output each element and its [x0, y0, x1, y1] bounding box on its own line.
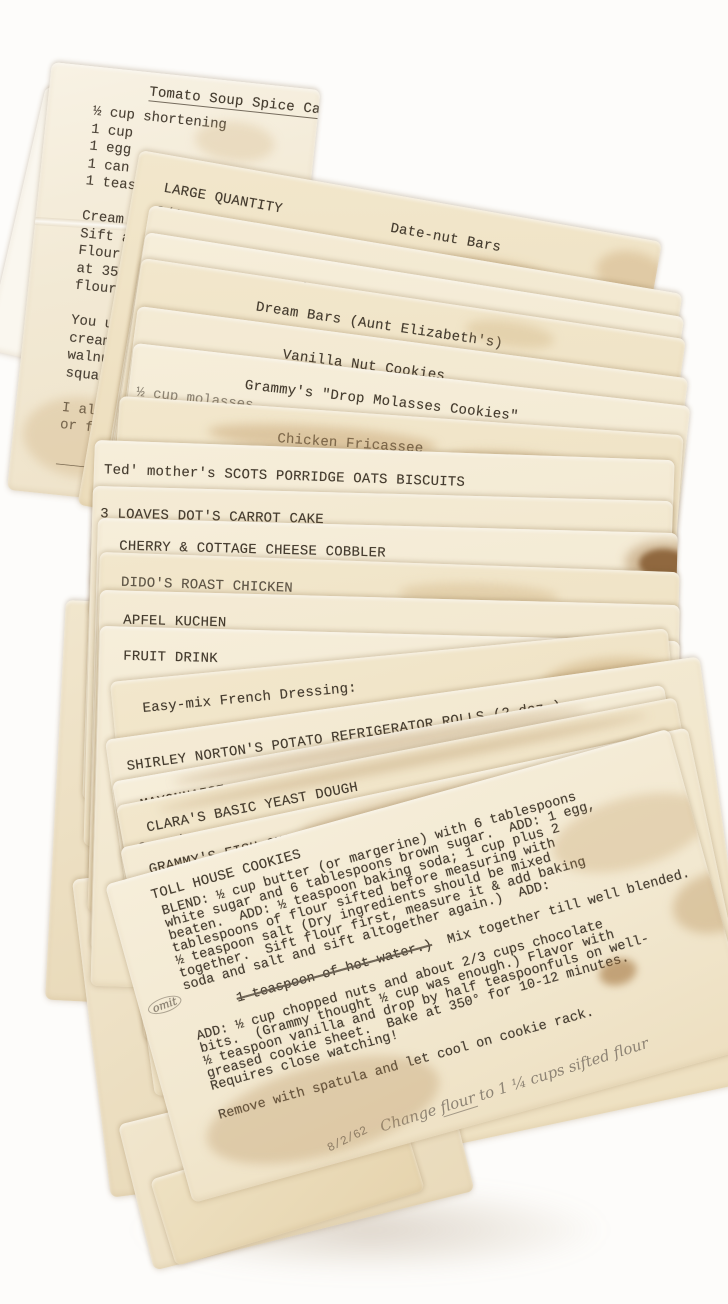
photo-of-recipe-card-stack: Tomato Soup Spice Cake ½ cup shortening1…: [0, 0, 728, 1304]
margin-annotation: omit: [146, 992, 184, 1018]
underlined-word: flour: [438, 1089, 478, 1118]
